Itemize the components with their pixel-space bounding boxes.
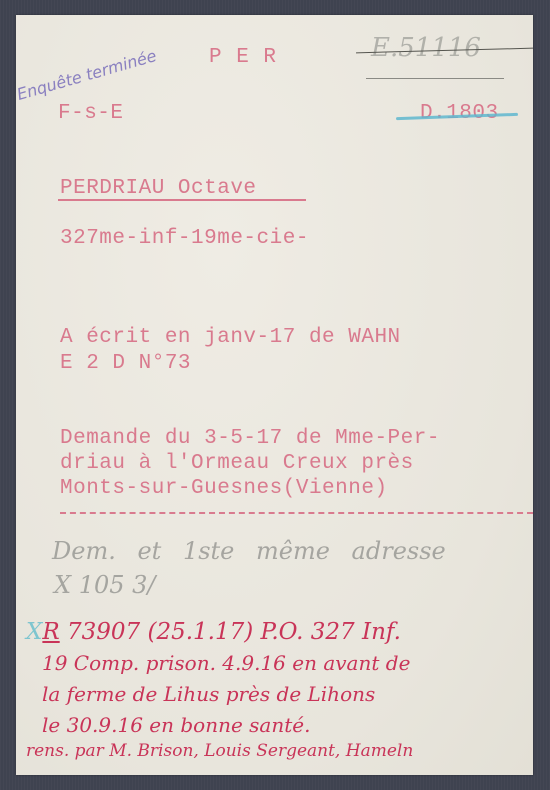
- archive-number-struck: E.51116: [371, 33, 481, 63]
- enquete-terminee-stamp: Enquête terminée: [15, 46, 159, 104]
- handwritten-note-line-5: rens. par M. Brison, Louis Sergeant, Ham…: [26, 737, 413, 765]
- ref-line-1-text: 73907 (25.1.17) P.O. 327 Inf.: [67, 619, 401, 645]
- handwritten-note-line-3: la ferme de Lihus près de Lihons: [42, 680, 375, 708]
- pencil-note-line-1: Dem. et 1ste même adresse: [52, 537, 446, 565]
- category-code: P E R: [209, 45, 277, 70]
- ref-letter: R: [42, 619, 59, 645]
- request-line-2: driau à l'Ormeau Creux près: [60, 451, 414, 476]
- archive-number-rule: [366, 78, 504, 79]
- handwritten-note-line-1: XR 73907 (25.1.17) P.O. 327 Inf.: [26, 618, 401, 646]
- archive-index-card: P E R E.51116 Enquête terminée F-s-E D.1…: [16, 15, 533, 775]
- request-line-1: Demande du 3-5-17 de Mme-Per-: [60, 426, 440, 451]
- request-separator: [60, 512, 533, 514]
- pencil-note-line-2: X 105 3/: [54, 571, 156, 599]
- soldier-unit: 327me-inf-19me-cie-: [60, 226, 309, 251]
- correspondence-line-1: A écrit en janv-17 de WAHN: [60, 325, 401, 350]
- request-line-3: Monts-sur-Guesnes(Vienne): [60, 476, 388, 501]
- soldier-name: PERDRIAU Octave: [60, 176, 257, 201]
- handwritten-note-line-4: le 30.9.16 en bonne santé.: [42, 711, 310, 739]
- soldier-name-underline: [58, 199, 306, 201]
- blue-x-mark: X: [26, 619, 42, 645]
- correspondence-line-2: E 2 D N°73: [60, 351, 191, 376]
- handwritten-note-line-2: 19 Comp. prison. 4.9.16 en avant de: [42, 649, 410, 677]
- filing-code: F-s-E: [58, 101, 124, 126]
